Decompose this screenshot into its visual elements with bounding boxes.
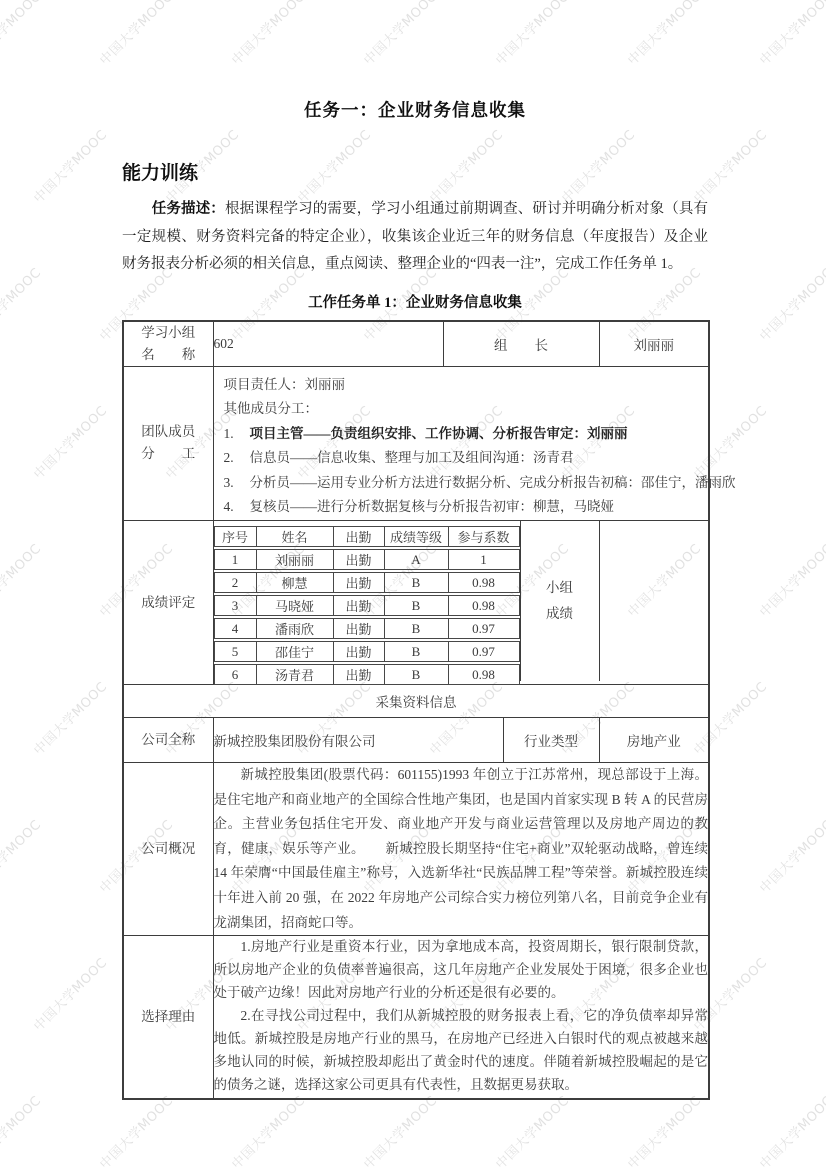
- grading-cell: B: [385, 641, 449, 662]
- grading-cell: 3: [214, 595, 257, 616]
- watermark-text: 中国大学MOOC: [820, 401, 826, 483]
- watermark-text: 中国大学MOOC: [226, 1091, 308, 1169]
- page-title: 任务一：企业财务信息收集: [122, 97, 708, 122]
- division-lead: 项目责任人：刘丽丽: [224, 373, 701, 398]
- watermark-text: 中国大学MOOC: [754, 0, 826, 68]
- division-item-num: 4.: [224, 495, 250, 520]
- grading-cell: 汤青君: [257, 664, 334, 685]
- group-score-label-line1: 小组: [546, 575, 573, 601]
- grading-table-wrap: 序号 姓名 出勤 成绩等级 参与系数 1 刘丽丽: [214, 521, 520, 681]
- division-item: 2.信息员——信息收集、整理与加工及组间沟通：汤青君: [224, 446, 701, 471]
- grading-cell: 0.98: [449, 572, 520, 593]
- grading-cell: 马晓娅: [257, 595, 334, 616]
- team-division-label-line1: 团队成员: [124, 421, 213, 443]
- group-name-label-line1: 学习小组: [124, 322, 213, 344]
- division-item-num: 1.: [224, 422, 250, 447]
- team-division-content: 项目责任人：刘丽丽 其他成员分工： 1.项目主管——负责组织安排、工作协调、分析…: [213, 366, 709, 521]
- grading-row: 6 汤青君 出勤 B 0.98: [214, 664, 520, 685]
- grading-label: 成绩评定: [123, 521, 213, 685]
- watermark-text: 中国大学MOOC: [754, 263, 826, 345]
- watermark-text: 中国大学MOOC: [0, 0, 44, 68]
- watermark-text: 中国大学MOOC: [754, 815, 826, 897]
- grading-cell: 出勤: [334, 664, 385, 685]
- grading-header: 出勤: [334, 526, 385, 547]
- division-item-text: 信息员——信息收集、整理与加工及组间沟通：汤青君: [250, 450, 574, 465]
- grading-cell: 柳慧: [257, 572, 334, 593]
- division-item-num: 3.: [224, 471, 250, 496]
- document-page: 中国大学MOOC中国大学MOOC中国大学MOOC中国大学MOOC中国大学MOOC…: [0, 0, 826, 1169]
- watermark-text: 中国大学MOOC: [820, 125, 826, 207]
- division-item-text: 复核员——进行分析数据复核与分析报告初审：柳慧，马晓娅: [250, 499, 615, 514]
- worksheet-title: 工作任务单 1：企业财务信息收集: [122, 291, 708, 312]
- grading-cell: 0.97: [449, 618, 520, 639]
- row-collect-header: 采集资料信息: [123, 685, 709, 718]
- division-others-heading: 其他成员分工：: [224, 397, 701, 422]
- task-description-label: 任务描述：: [152, 201, 225, 217]
- team-division-body: 项目责任人：刘丽丽 其他成员分工： 1.项目主管——负责组织安排、工作协调、分析…: [214, 367, 709, 521]
- watermark-text: 中国大学MOOC: [820, 677, 826, 759]
- row-grading: 成绩评定 序号 姓名 出勤: [123, 521, 709, 685]
- grading-cell: 2: [214, 572, 257, 593]
- watermark-text: 中国大学MOOC: [622, 1091, 704, 1169]
- row-team-division: 团队成员 分 工 项目责任人：刘丽丽 其他成员分工： 1.项目主管——负责组织安…: [123, 366, 709, 521]
- grading-cell: 6: [214, 664, 257, 685]
- grading-cell: B: [385, 572, 449, 593]
- grading-cell: 0.98: [449, 664, 520, 685]
- team-division-label-line2: 分 工: [124, 443, 213, 465]
- document-body: 任务一：企业财务信息收集 能力训练 任务描述：根据课程学习的需要，学习小组通过前…: [122, 0, 708, 1100]
- grading-cell: B: [385, 595, 449, 616]
- grading-header: 序号: [214, 526, 257, 547]
- grading-cell: 5: [214, 641, 257, 662]
- grading-row: 3 马晓娅 出勤 B 0.98: [214, 595, 520, 616]
- grading-header: 参与系数: [449, 526, 520, 547]
- row-company: 公司全称 新城控股集团股份有限公司 行业类型 房地产业: [123, 718, 709, 763]
- watermark-text: 中国大学MOOC: [94, 1091, 176, 1169]
- reason-content: 1.房地产行业是重资本行业，因为拿地成本高，投资周期长，银行限制贷款，所以房地产…: [213, 936, 709, 1099]
- grading-cell: 出勤: [334, 641, 385, 662]
- grading-cell: 潘雨欣: [257, 618, 334, 639]
- group-score-value: [600, 521, 709, 681]
- watermark-text: 中国大学MOOC: [28, 677, 110, 759]
- watermark-text: 中国大学MOOC: [490, 1091, 572, 1169]
- watermark-text: 中国大学MOOC: [0, 539, 44, 621]
- grading-row: 4 潘雨欣 出勤 B 0.97: [214, 618, 520, 639]
- grading-cell: A: [385, 549, 449, 570]
- row-reason: 选择理由 1.房地产行业是重资本行业，因为拿地成本高，投资周期长，银行限制贷款，…: [123, 936, 709, 1099]
- reason-paragraph-2: 2.在寻找公司过程中，我们从新城控股的财务报表上看，它的净负债率却异常地低。新城…: [214, 1005, 709, 1097]
- grading-row: 1 刘丽丽 出勤 A 1: [214, 549, 520, 570]
- watermark-text: 中国大学MOOC: [28, 953, 110, 1035]
- grading-cell: 邵佳宁: [257, 641, 334, 662]
- group-score-label-line2: 成绩: [546, 601, 573, 627]
- grading-cell: 出勤: [334, 618, 385, 639]
- division-item: 4.复核员——进行分析数据复核与分析报告初审：柳慧，马晓娅: [224, 495, 701, 520]
- watermark-text: 中国大学MOOC: [0, 815, 44, 897]
- reason-label: 选择理由: [123, 936, 213, 1099]
- grading-cell: 0.98: [449, 595, 520, 616]
- profile-label: 公司概况: [123, 763, 213, 936]
- watermark-text: 中国大学MOOC: [820, 953, 826, 1035]
- grading-cell: B: [385, 664, 449, 685]
- section-heading: 能力训练: [122, 158, 708, 185]
- row-group-name: 学习小组 名 称 602 组 长 刘丽丽: [123, 321, 709, 367]
- grading-cell: 1: [449, 549, 520, 570]
- leader-value: 刘丽丽: [599, 321, 709, 367]
- watermark-text: 中国大学MOOC: [754, 539, 826, 621]
- industry-label: 行业类型: [503, 718, 599, 763]
- grading-table: 序号 姓名 出勤 成绩等级 参与系数 1 刘丽丽: [214, 524, 520, 687]
- division-item: 1.项目主管——负责组织安排、工作协调、分析报告审定：刘丽丽: [224, 422, 701, 447]
- grading-cell: B: [385, 618, 449, 639]
- grading-cell: 4: [214, 618, 257, 639]
- watermark-text: 中国大学MOOC: [0, 1091, 44, 1169]
- watermark-text: 中国大学MOOC: [0, 263, 44, 345]
- grading-header-row: 序号 姓名 出勤 成绩等级 参与系数: [214, 526, 520, 547]
- division-item: 3.分析员——运用专业分析方法进行数据分析、完成分析报告初稿：邵佳宁，潘雨欣: [224, 471, 701, 496]
- division-item-num: 2.: [224, 446, 250, 471]
- grading-content: 序号 姓名 出勤 成绩等级 参与系数 1 刘丽丽: [213, 521, 709, 685]
- grading-cell: 出勤: [334, 572, 385, 593]
- collect-header: 采集资料信息: [123, 685, 709, 718]
- watermark-text: 中国大学MOOC: [28, 125, 110, 207]
- grading-header: 姓名: [257, 526, 334, 547]
- watermark-text: 中国大学MOOC: [358, 1091, 440, 1169]
- watermark-text: 中国大学MOOC: [28, 401, 110, 483]
- company-name-value: 新城控股集团股份有限公司: [213, 718, 503, 763]
- team-division-label-cell: 团队成员 分 工: [123, 366, 213, 521]
- grading-header: 成绩等级: [385, 526, 449, 547]
- industry-value: 房地产业: [599, 718, 709, 763]
- grading-cell: 出勤: [334, 595, 385, 616]
- company-name-label: 公司全称: [123, 718, 213, 763]
- grading-cell: 出勤: [334, 549, 385, 570]
- group-name-value: 602: [213, 321, 443, 367]
- group-name-label-cell: 学习小组 名 称: [123, 321, 213, 367]
- leader-label: 组 长: [443, 321, 599, 367]
- division-item-text: 分析员——运用专业分析方法进行数据分析、完成分析报告初稿：邵佳宁，潘雨欣: [250, 475, 736, 490]
- grading-cell: 刘丽丽: [257, 549, 334, 570]
- grading-row: 5 邵佳宁 出勤 B 0.97: [214, 641, 520, 662]
- row-profile: 公司概况 新城控股集团(股票代码：601155)1993 年创立于江苏常州，现总…: [123, 763, 709, 936]
- division-item-text: 项目主管——负责组织安排、工作协调、分析报告审定：刘丽丽: [250, 426, 628, 441]
- watermark-text: 中国大学MOOC: [754, 1091, 826, 1169]
- group-score-label-cell: 小组 成绩: [520, 521, 600, 681]
- grading-layout: 序号 姓名 出勤 成绩等级 参与系数 1 刘丽丽: [214, 521, 709, 681]
- group-name-label-line2: 名 称: [124, 344, 213, 366]
- grading-row: 2 柳慧 出勤 B 0.98: [214, 572, 520, 593]
- profile-text: 新城控股集团(股票代码：601155)1993 年创立于江苏常州，现总部设于上海…: [213, 763, 709, 936]
- grading-cell: 1: [214, 549, 257, 570]
- task-description: 任务描述：根据课程学习的需要，学习小组通过前期调查、研讨并明确分析对象（具有一定…: [122, 196, 708, 279]
- worksheet-table: 学习小组 名 称 602 组 长 刘丽丽 团队成员 分 工 项目: [122, 320, 710, 1100]
- reason-paragraph-1: 1.房地产行业是重资本行业，因为拿地成本高，投资周期长，银行限制贷款，所以房地产…: [214, 936, 709, 1005]
- grading-cell: 0.97: [449, 641, 520, 662]
